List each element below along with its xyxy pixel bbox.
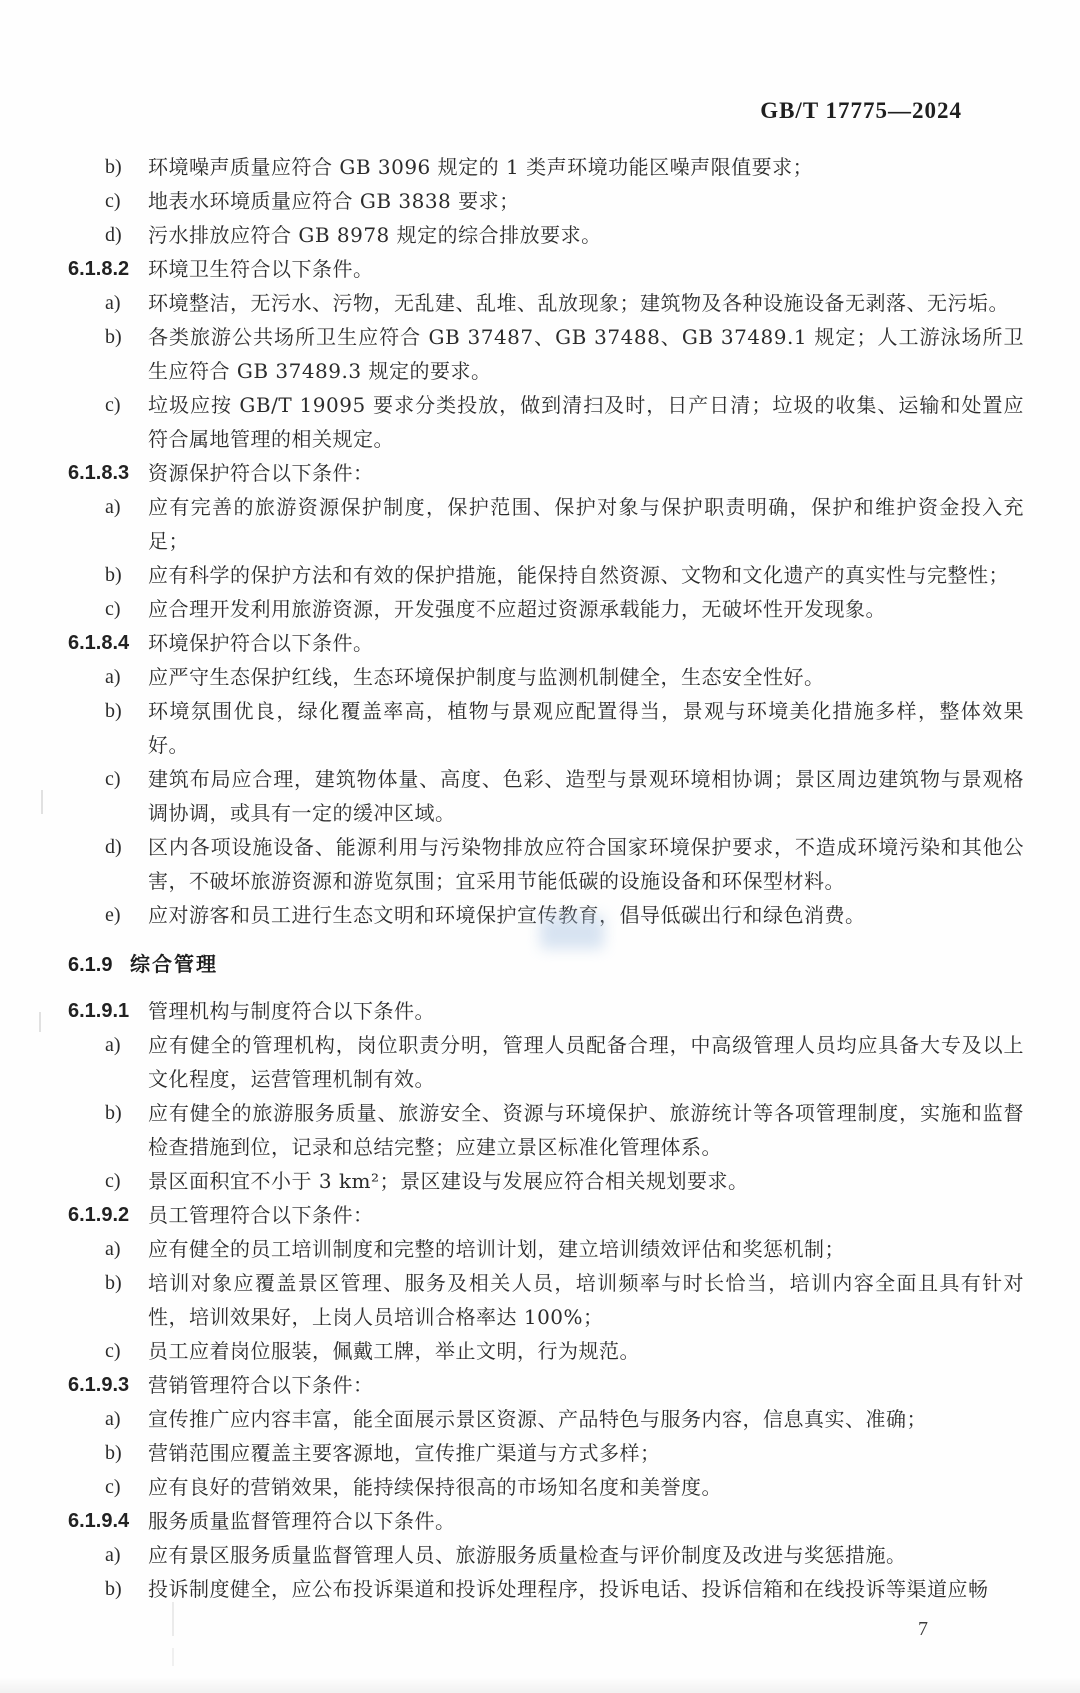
item-label: b) <box>105 1096 148 1130</box>
clause-title: 管理机构与制度符合以下条件。 <box>148 994 1024 1028</box>
clause-number: 6.1.9.2 <box>68 1198 148 1232</box>
item-text: 培训对象应覆盖景区管理、服务及相关人员，培训频率与时长恰当，培训内容全面且具有针… <box>148 1266 1024 1334</box>
item-label: b) <box>105 694 148 728</box>
clause-number: 6.1.9.1 <box>68 994 148 1028</box>
clause-row: 6.1.8.4环境保护符合以下条件。 <box>68 626 1024 660</box>
item-label: b) <box>105 150 148 184</box>
list-item: c)垃圾应按 GB/T 19095 要求分类投放，做到清扫及时，日产日清；垃圾的… <box>105 388 1024 456</box>
clause-title: 员工管理符合以下条件： <box>148 1198 1024 1232</box>
item-text: 各类旅游公共场所卫生应符合 GB 37487、GB 37488、GB 37489… <box>148 320 1024 388</box>
item-label: d) <box>105 830 148 864</box>
list-item: b)应有科学的保护方法和有效的保护措施，能保持自然资源、文物和文化遗产的真实性与… <box>105 558 1024 592</box>
item-text: 应有健全的员工培训制度和完整的培训计划，建立培训绩效评估和奖惩机制； <box>148 1232 1024 1266</box>
item-text: 景区面积宜不小于 3 km²；景区建设与发展应符合相关规划要求。 <box>148 1164 1024 1198</box>
scan-artifact <box>172 1648 174 1666</box>
document-body: b)环境噪声质量应符合 GB 3096 规定的 1 类声环境功能区噪声限值要求；… <box>68 150 1024 1606</box>
item-text: 污水排放应符合 GB 8978 规定的综合排放要求。 <box>148 218 1024 252</box>
item-text: 应有良好的营销效果，能持续保持很高的市场知名度和美誉度。 <box>148 1470 1024 1504</box>
list-item: a)应有健全的管理机构，岗位职责分明，管理人员配备合理，中高级管理人员均应具备大… <box>105 1028 1024 1096</box>
clause-row: 6.1.9.3营销管理符合以下条件： <box>68 1368 1024 1402</box>
item-label: b) <box>105 1266 148 1300</box>
clause-row: 6.1.8.3资源保护符合以下条件： <box>68 456 1024 490</box>
section-number: 6.1.9 <box>68 948 130 982</box>
item-text: 员工应着岗位服装，佩戴工牌，举止文明，行为规范。 <box>148 1334 1024 1368</box>
clause-number: 6.1.9.4 <box>68 1504 148 1538</box>
item-label: a) <box>105 1538 148 1572</box>
clause-row: 6.1.9.4服务质量监督管理符合以下条件。 <box>68 1504 1024 1538</box>
scan-edge-shade <box>0 1677 1080 1693</box>
clause-row: 6.1.9.1管理机构与制度符合以下条件。 <box>68 994 1024 1028</box>
item-label: e) <box>105 898 148 932</box>
item-text: 应严守生态保护红线，生态环境保护制度与监测机制健全，生态安全性好。 <box>148 660 1024 694</box>
clause-title: 资源保护符合以下条件： <box>148 456 1024 490</box>
item-text: 应有完善的旅游资源保护制度，保护范围、保护对象与保护职责明确，保护和维护资金投入… <box>148 490 1024 558</box>
item-label: a) <box>105 1028 148 1062</box>
document-page: GB/T 17775—2024 b)环境噪声质量应符合 GB 3096 规定的 … <box>0 0 1080 1693</box>
item-text: 环境噪声质量应符合 GB 3096 规定的 1 类声环境功能区噪声限值要求； <box>148 150 1024 184</box>
item-label: a) <box>105 1232 148 1266</box>
list-item: b)营销范围应覆盖主要客源地，宣传推广渠道与方式多样； <box>105 1436 1024 1470</box>
clause-title: 营销管理符合以下条件： <box>148 1368 1024 1402</box>
item-label: c) <box>105 1334 148 1368</box>
item-text: 宣传推广应内容丰富，能全面展示景区资源、产品特色与服务内容，信息真实、准确； <box>148 1402 1024 1436</box>
scan-artifact <box>39 1012 41 1032</box>
item-text: 环境整洁，无污水、污物，无乱建、乱堆、乱放现象；建筑物及各种设施设备无剥落、无污… <box>148 286 1024 320</box>
list-item: a)环境整洁，无污水、污物，无乱建、乱堆、乱放现象；建筑物及各种设施设备无剥落、… <box>105 286 1024 320</box>
item-label: a) <box>105 286 148 320</box>
section-title: 综合管理 <box>130 948 1024 982</box>
item-text: 应有健全的管理机构，岗位职责分明，管理人员配备合理，中高级管理人员均应具备大专及… <box>148 1028 1024 1096</box>
item-text: 应有科学的保护方法和有效的保护措施，能保持自然资源、文物和文化遗产的真实性与完整… <box>148 558 1024 592</box>
item-label: c) <box>105 1470 148 1504</box>
clause-number: 6.1.8.4 <box>68 626 148 660</box>
clause-row: 6.1.8.2环境卫生符合以下条件。 <box>68 252 1024 286</box>
item-label: a) <box>105 490 148 524</box>
list-item: b)培训对象应覆盖景区管理、服务及相关人员，培训频率与时长恰当，培训内容全面且具… <box>105 1266 1024 1334</box>
list-item: b)环境噪声质量应符合 GB 3096 规定的 1 类声环境功能区噪声限值要求； <box>105 150 1024 184</box>
item-text: 投诉制度健全，应公布投诉渠道和投诉处理程序，投诉电话、投诉信箱和在线投诉等渠道应… <box>148 1572 1024 1606</box>
list-item: a)应有完善的旅游资源保护制度，保护范围、保护对象与保护职责明确，保护和维护资金… <box>105 490 1024 558</box>
list-item: b)应有健全的旅游服务质量、旅游安全、资源与环境保护、旅游统计等各项管理制度，实… <box>105 1096 1024 1164</box>
list-item: a)应严守生态保护红线，生态环境保护制度与监测机制健全，生态安全性好。 <box>105 660 1024 694</box>
item-text: 应合理开发利用旅游资源，开发强度不应超过资源承载能力，无破坏性开发现象。 <box>148 592 1024 626</box>
list-item: c)应有良好的营销效果，能持续保持很高的市场知名度和美誉度。 <box>105 1470 1024 1504</box>
item-text: 建筑布局应合理，建筑物体量、高度、色彩、造型与景观环境相协调；景区周边建筑物与景… <box>148 762 1024 830</box>
clause-number: 6.1.8.2 <box>68 252 148 286</box>
item-text: 垃圾应按 GB/T 19095 要求分类投放，做到清扫及时，日产日清；垃圾的收集… <box>148 388 1024 456</box>
item-label: b) <box>105 1436 148 1470</box>
scan-artifact <box>172 1602 174 1636</box>
scan-artifact <box>41 790 43 814</box>
list-item: c)员工应着岗位服装，佩戴工牌，举止文明，行为规范。 <box>105 1334 1024 1368</box>
list-item: c)建筑布局应合理，建筑物体量、高度、色彩、造型与景观环境相协调；景区周边建筑物… <box>105 762 1024 830</box>
list-item: a)应有景区服务质量监督管理人员、旅游服务质量检查与评价制度及改进与奖惩措施。 <box>105 1538 1024 1572</box>
clause-number: 6.1.9.3 <box>68 1368 148 1402</box>
item-text: 地表水环境质量应符合 GB 3838 要求； <box>148 184 1024 218</box>
list-item: c)地表水环境质量应符合 GB 3838 要求； <box>105 184 1024 218</box>
item-label: b) <box>105 320 148 354</box>
clause-title: 环境卫生符合以下条件。 <box>148 252 1024 286</box>
item-label: d) <box>105 218 148 252</box>
standard-code: GB/T 17775—2024 <box>760 98 962 124</box>
list-item: d)污水排放应符合 GB 8978 规定的综合排放要求。 <box>105 218 1024 252</box>
clause-title: 服务质量监督管理符合以下条件。 <box>148 1504 1024 1538</box>
item-text: 环境氛围优良，绿化覆盖率高，植物与景观应配置得当，景观与环境美化措施多样，整体效… <box>148 694 1024 762</box>
list-item: b)各类旅游公共场所卫生应符合 GB 37487、GB 37488、GB 374… <box>105 320 1024 388</box>
page-number: 7 <box>918 1618 928 1641</box>
list-item: b)投诉制度健全，应公布投诉渠道和投诉处理程序，投诉电话、投诉信箱和在线投诉等渠… <box>105 1572 1024 1606</box>
section-heading: 6.1.9综合管理 <box>68 948 1024 982</box>
list-item: c)景区面积宜不小于 3 km²；景区建设与发展应符合相关规划要求。 <box>105 1164 1024 1198</box>
clause-title: 环境保护符合以下条件。 <box>148 626 1024 660</box>
item-label: b) <box>105 558 148 592</box>
list-item: a)宣传推广应内容丰富，能全面展示景区资源、产品特色与服务内容，信息真实、准确； <box>105 1402 1024 1436</box>
item-label: c) <box>105 592 148 626</box>
list-item: b)环境氛围优良，绿化覆盖率高，植物与景观应配置得当，景观与环境美化措施多样，整… <box>105 694 1024 762</box>
list-item: d)区内各项设施设备、能源利用与污染物排放应符合国家环境保护要求，不造成环境污染… <box>105 830 1024 898</box>
item-label: c) <box>105 388 148 422</box>
item-text: 营销范围应覆盖主要客源地，宣传推广渠道与方式多样； <box>148 1436 1024 1470</box>
item-text: 区内各项设施设备、能源利用与污染物排放应符合国家环境保护要求，不造成环境污染和其… <box>148 830 1024 898</box>
item-label: c) <box>105 1164 148 1198</box>
item-label: b) <box>105 1572 148 1606</box>
list-item: c)应合理开发利用旅游资源，开发强度不应超过资源承载能力，无破坏性开发现象。 <box>105 592 1024 626</box>
list-item: a)应有健全的员工培训制度和完整的培训计划，建立培训绩效评估和奖惩机制； <box>105 1232 1024 1266</box>
item-label: c) <box>105 762 148 796</box>
clause-row: 6.1.9.2员工管理符合以下条件： <box>68 1198 1024 1232</box>
item-label: a) <box>105 660 148 694</box>
item-text: 应有景区服务质量监督管理人员、旅游服务质量检查与评价制度及改进与奖惩措施。 <box>148 1538 1024 1572</box>
item-label: c) <box>105 184 148 218</box>
item-text: 应有健全的旅游服务质量、旅游安全、资源与环境保护、旅游统计等各项管理制度，实施和… <box>148 1096 1024 1164</box>
watermark <box>540 915 604 949</box>
clause-number: 6.1.8.3 <box>68 456 148 490</box>
item-label: a) <box>105 1402 148 1436</box>
